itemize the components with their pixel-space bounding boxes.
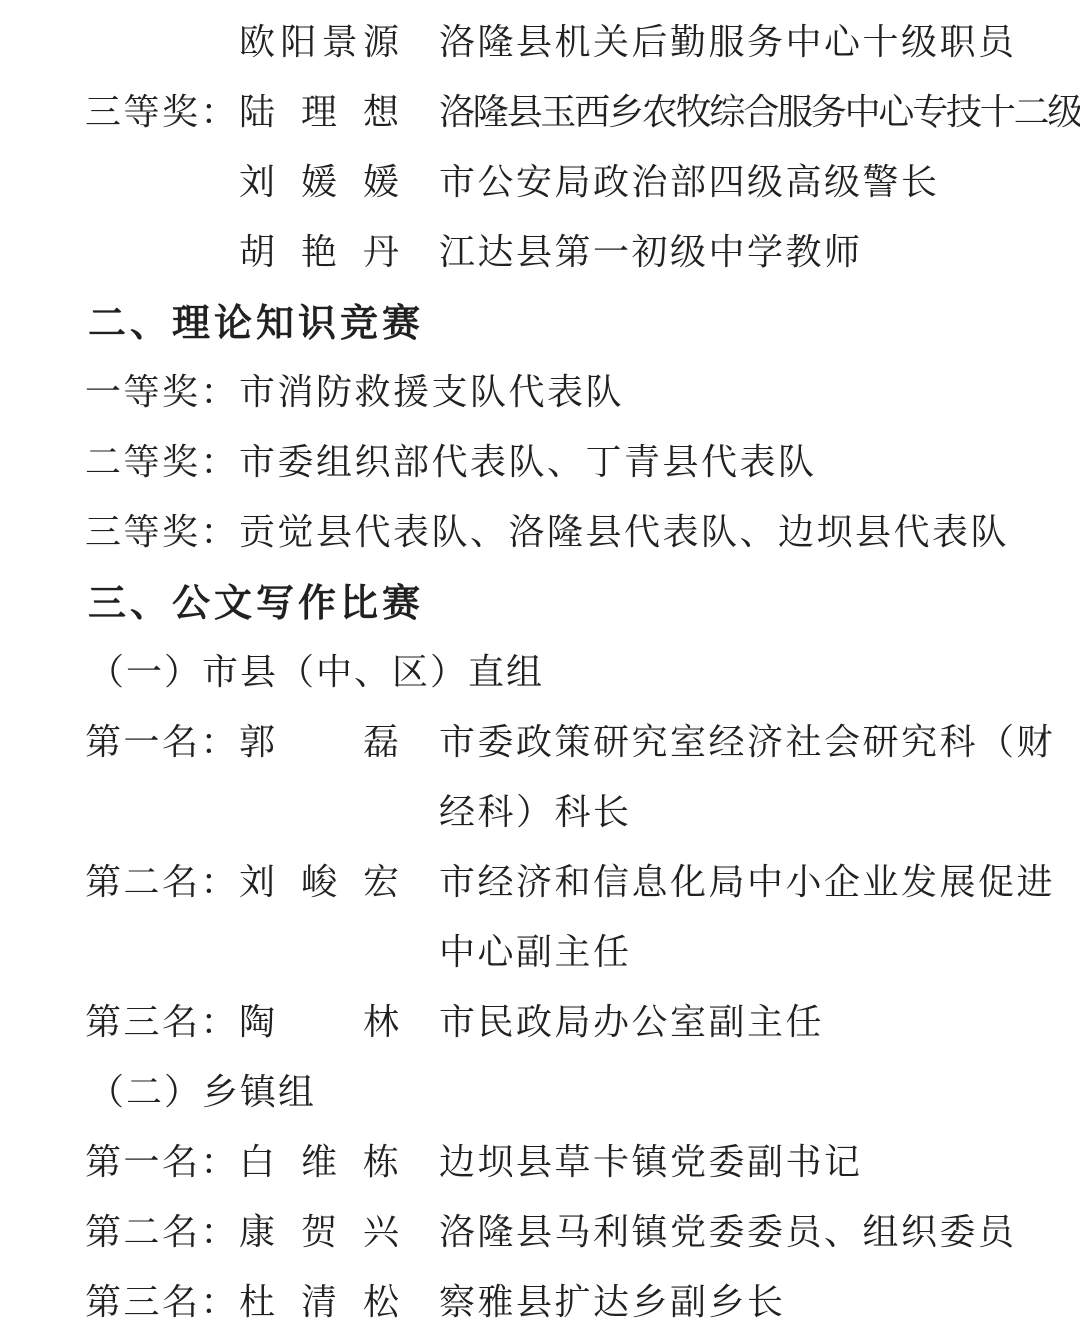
section-heading-text: 二、理论知识竞赛 xyxy=(88,292,424,347)
entry-line: 第一名： 郭磊 市委政策研究室经济社会研究科（财 xyxy=(0,704,1080,774)
group-subheading: （一）市县（中、区）直组 xyxy=(0,634,1080,704)
winner-position: 市公安局政治部四级高级警长 xyxy=(439,154,940,205)
rank-label: 三等奖： xyxy=(85,504,239,555)
award-line: 三等奖： 贡觉县代表队、洛隆县代表队、边坝县代表队 xyxy=(0,494,1080,564)
winner-name: 康贺兴 xyxy=(239,1204,399,1255)
rank-label: 二等奖： xyxy=(85,434,239,485)
winner-name: 白维栋 xyxy=(239,1134,399,1185)
winner-position: 洛隆县玉西乡农牧综合服务中心专技十二级 xyxy=(439,84,1080,135)
rank-label: 第一名： xyxy=(85,1134,239,1185)
winner-name: 陶林 xyxy=(239,994,399,1045)
entry-line: 第二名： 刘峻宏 市经济和信息化局中小企业发展促进 xyxy=(0,844,1080,914)
winner-position: 市经济和信息化局中小企业发展促进 xyxy=(439,854,1055,905)
section-heading-text: 三、公文写作比赛 xyxy=(88,572,424,627)
winner-position-continued: 中心副主任 xyxy=(439,924,632,975)
document-page: 欧阳景源 洛隆县机关后勤服务中心十级职员 三等奖： 陆理想 洛隆县玉西乡农牧综合… xyxy=(0,0,1080,1337)
rank-label: 一等奖： xyxy=(85,364,239,415)
winner-position: 市民政局办公室副主任 xyxy=(439,994,824,1045)
wrapped-text-line: 中心副主任 xyxy=(0,914,1080,984)
winner-position: 洛隆县机关后勤服务中心十级职员 xyxy=(439,14,1017,65)
award-teams: 市消防救援支队代表队 xyxy=(239,364,624,415)
entry-line: 第三名： 陶林 市民政局办公室副主任 xyxy=(0,984,1080,1054)
winner-name: 杜清松 xyxy=(239,1274,399,1325)
group-subheading-text: （一）市县（中、区）直组 xyxy=(88,644,544,695)
winner-position: 市委政策研究室经济社会研究科（财 xyxy=(439,714,1055,765)
entry-line: 刘媛媛 市公安局政治部四级高级警长 xyxy=(0,144,1080,214)
award-teams: 市委组织部代表队、丁青县代表队 xyxy=(239,434,817,485)
winner-name: 陆理想 xyxy=(239,84,399,135)
rank-label: 第二名： xyxy=(85,854,239,905)
winner-name: 胡艳丹 xyxy=(239,224,399,275)
winner-name: 刘峻宏 xyxy=(239,854,399,905)
winner-position-continued: 经科）科长 xyxy=(439,784,632,835)
entry-line: 欧阳景源 洛隆县机关后勤服务中心十级职员 xyxy=(0,4,1080,74)
wrapped-text-line: 经科）科长 xyxy=(0,774,1080,844)
winner-position: 察雅县扩达乡副乡长 xyxy=(439,1274,786,1325)
rank-label: 第三名： xyxy=(85,994,239,1045)
entry-line: 三等奖： 陆理想 洛隆县玉西乡农牧综合服务中心专技十二级 xyxy=(0,74,1080,144)
rank-label: 第二名： xyxy=(85,1204,239,1255)
rank-label: 第三名： xyxy=(85,1274,239,1325)
winner-position: 边坝县草卡镇党委副书记 xyxy=(439,1134,863,1185)
winner-position: 江达县第一初级中学教师 xyxy=(439,224,863,275)
award-line: 一等奖： 市消防救援支队代表队 xyxy=(0,354,1080,424)
winner-name: 郭磊 xyxy=(239,714,399,765)
rank-label: 三等奖： xyxy=(85,84,239,135)
entry-line: 第三名： 杜清松 察雅县扩达乡副乡长 xyxy=(0,1264,1080,1334)
winner-name: 欧阳景源 xyxy=(239,14,399,65)
section-heading: 三、公文写作比赛 xyxy=(0,564,1080,634)
award-line: 二等奖： 市委组织部代表队、丁青县代表队 xyxy=(0,424,1080,494)
entry-line: 第一名： 白维栋 边坝县草卡镇党委副书记 xyxy=(0,1124,1080,1194)
award-teams: 贡觉县代表队、洛隆县代表队、边坝县代表队 xyxy=(239,504,1009,555)
section-heading: 二、理论知识竞赛 xyxy=(0,284,1080,354)
winner-name: 刘媛媛 xyxy=(239,154,399,205)
winner-position: 洛隆县马利镇党委委员、组织委员 xyxy=(439,1204,1017,1255)
entry-line: 胡艳丹 江达县第一初级中学教师 xyxy=(0,214,1080,284)
entry-line: 第二名： 康贺兴 洛隆县马利镇党委委员、组织委员 xyxy=(0,1194,1080,1264)
rank-label: 第一名： xyxy=(85,714,239,765)
group-subheading: （二）乡镇组 xyxy=(0,1054,1080,1124)
group-subheading-text: （二）乡镇组 xyxy=(88,1064,316,1115)
